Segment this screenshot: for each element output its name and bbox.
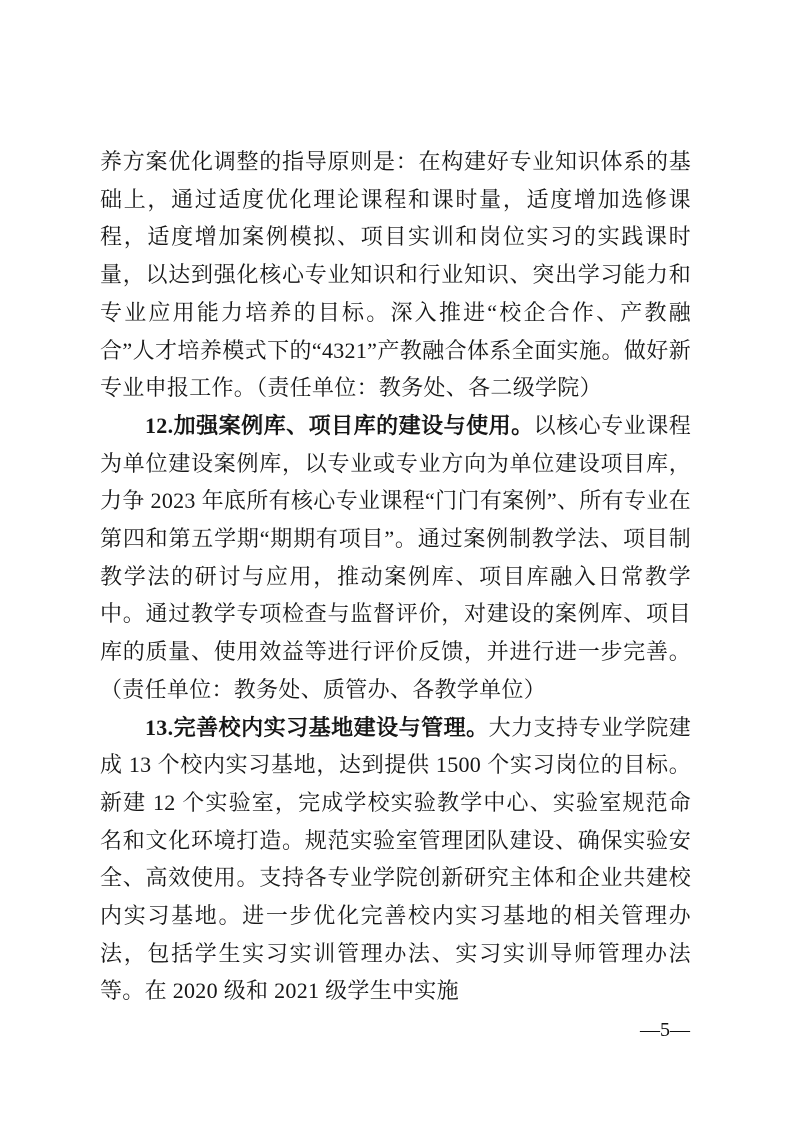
item-13-heading: 13.完善校内实习基地建设与管理。	[145, 715, 489, 740]
body-text-run: 以核心专业课程为单位建设案例库，以专业或专业方向为单位建设项目库，力争 2023…	[100, 413, 691, 664]
item-12-heading: 12.加强案例库、项目库的建设与使用。	[145, 413, 534, 438]
body-text-run: 养方案优化调整的指导原则是：在构建好专业知识体系的基础上，通过适度优化理论课程和…	[100, 149, 691, 400]
page-number: —5—	[640, 1018, 690, 1042]
body-text-run: 大力支持专业学院建成 13 个校内实习基地，达到提供 1500 个实习岗位的目标…	[100, 715, 691, 1004]
responsible-unit-note: （责任单位：教务处、质管办、各教学单位）	[100, 677, 546, 702]
paragraph-continuation: 养方案优化调整的指导原则是：在构建好专业知识体系的基础上，通过适度优化理论课程和…	[100, 143, 691, 407]
responsible-unit-note: （责任单位：教务处、各二级学院）	[256, 375, 602, 400]
paragraph-item-12: 12.加强案例库、项目库的建设与使用。以核心专业课程为单位建设案例库，以专业或专…	[100, 407, 691, 709]
paragraph-item-13: 13.完善校内实习基地建设与管理。大力支持专业学院建成 13 个校内实习基地，达…	[100, 709, 691, 1011]
document-body: 养方案优化调整的指导原则是：在构建好专业知识体系的基础上，通过适度优化理论课程和…	[100, 143, 691, 1010]
document-page: 养方案优化调整的指导原则是：在构建好专业知识体系的基础上，通过适度优化理论课程和…	[0, 0, 793, 1122]
